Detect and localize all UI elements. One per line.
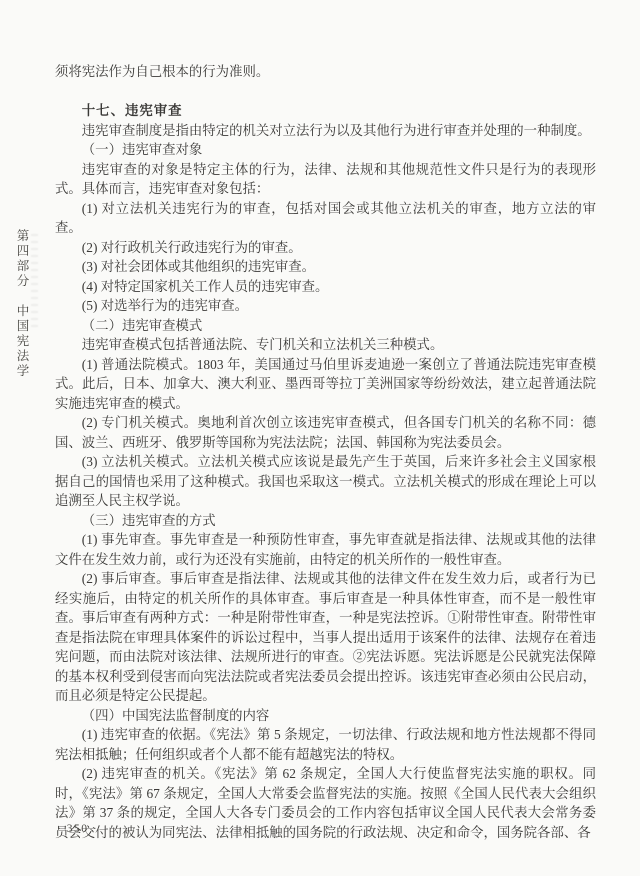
paragraph: (2) 事后审查。事后审查是指法律、法规或其他的法律文件在发生效力后，或者行为已… bbox=[55, 569, 596, 706]
paragraph: (4) 对特定国家机关工作人员的违宪审查。 bbox=[55, 277, 596, 297]
scan-artifact-smudge bbox=[31, 234, 38, 330]
paragraph: (2) 违宪审查的机关。《宪法》第 62 条规定，全国人大行使监督宪法实施的职权… bbox=[55, 764, 596, 842]
paragraph: （二）违宪审查模式 bbox=[55, 316, 596, 336]
paragraph: (1) 事先审查。事先审查是一种预防性审查，事先审查就是指法律、法规或其他的法律… bbox=[55, 530, 596, 569]
paragraph: 须将宪法作为自己根本的行为准则。 bbox=[55, 62, 596, 82]
paragraph: 违宪审查模式包括普通法院、专门机关和立法机关三种模式。 bbox=[55, 335, 596, 355]
paragraph: 违宪审查的对象是特定主体的行为，法律、法规和其他规范性文件只是行为的表现形式。具… bbox=[55, 160, 596, 199]
section-heading: 十七、违宪审查 bbox=[55, 101, 596, 121]
paragraph: （四）中国宪法监督制度的内容 bbox=[55, 706, 596, 726]
paragraph: (5) 对选举行为的违宪审查。 bbox=[55, 296, 596, 316]
page-number: · 350 · bbox=[57, 823, 98, 835]
paragraph: (1) 违宪审查的依据。《宪法》第 5 条规定，一切法律、行政法规和地方性法规都… bbox=[55, 725, 596, 764]
paragraph: 违宪审查制度是指由特定的机关对立法行为以及其他行为进行审查并处理的一种制度。 bbox=[55, 121, 596, 141]
margin-section-label: 第四部分 中国宪法学 bbox=[13, 229, 31, 379]
paragraph: (3) 立法机关模式。立法机关模式应该说是最先产生于英国，后来许多社会主义国家根… bbox=[55, 452, 596, 511]
paragraph: (1) 对立法机关违宪行为的审查，包括对国会或其他立法机关的审查，地方立法的审查… bbox=[55, 199, 596, 238]
paragraph: (3) 对社会团体或其他组织的违宪审查。 bbox=[55, 257, 596, 277]
paragraph: (2) 专门机关模式。奥地利首次创立该违宪审查模式，但各国专门机关的名称不同：德… bbox=[55, 413, 596, 452]
paragraph: （三）违宪审查的方式 bbox=[55, 511, 596, 531]
paragraph: (1) 普通法院模式。1803 年，美国通过马伯里诉麦迪逊一案创立了普通法院违宪… bbox=[55, 355, 596, 414]
paragraph: (2) 对行政机关行政违宪行为的审查。 bbox=[55, 238, 596, 258]
scanned-book-page: 第四部分 中国宪法学 须将宪法作为自己根本的行为准则。十七、违宪审查违宪审查制度… bbox=[0, 0, 640, 876]
paragraph: （一）违宪审查对象 bbox=[55, 140, 596, 160]
page-text-block: 须将宪法作为自己根本的行为准则。十七、违宪审查违宪审查制度是指由特定的机关对立法… bbox=[55, 62, 596, 842]
